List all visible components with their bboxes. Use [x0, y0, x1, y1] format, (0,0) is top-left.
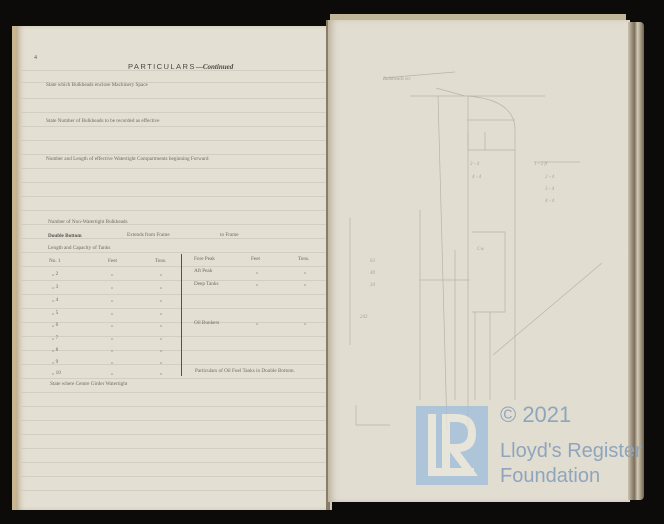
- svg-text:3 - 4: 3 - 4: [545, 187, 555, 192]
- svg-text:63: 63: [370, 259, 376, 264]
- svg-text:40: 40: [370, 271, 376, 276]
- svg-text:Cw.: Cw.: [477, 247, 485, 252]
- open-ledger-book: 4 PARTICULARS—Continued State which Bulk…: [0, 0, 664, 524]
- watermark-org-line2: Foundation: [500, 465, 600, 488]
- svg-text:3 - 4: 3 - 4: [470, 162, 480, 167]
- svg-text:4 - 4: 4 - 4: [472, 175, 482, 180]
- svg-text:242: 242: [360, 315, 368, 320]
- lr-logo-icon: [416, 406, 488, 485]
- svg-text:4 - 4: 4 - 4: [545, 199, 555, 204]
- svg-text:34: 34: [370, 283, 376, 288]
- lr-logo: [416, 406, 488, 485]
- watermark-copyright: © 2021: [500, 402, 571, 428]
- svg-text:Bulkheads etc: Bulkheads etc: [383, 77, 412, 82]
- svg-text:1 - 2 ft: 1 - 2 ft: [534, 162, 548, 167]
- svg-text:2 - 4: 2 - 4: [545, 175, 555, 180]
- watermark-org-line1: Lloyd's Register: [500, 440, 642, 463]
